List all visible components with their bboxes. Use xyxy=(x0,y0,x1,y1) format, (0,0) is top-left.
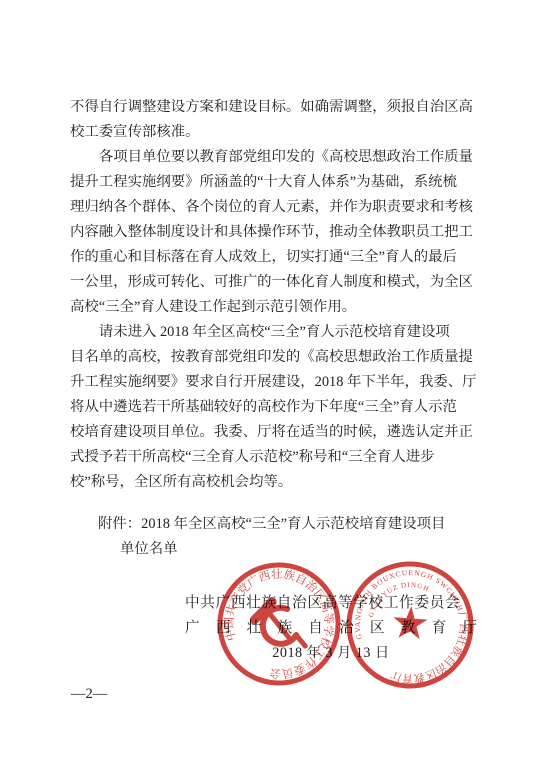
body-line: 内容融入整体制度设计和具体操作环节，推动全体教职员工把工 xyxy=(70,220,475,245)
seal-ring-text-latin2: GYAUYUZ DINGH xyxy=(360,574,435,620)
body-line: 一公里，形成可转化、可推广的一体化育人制度和模式，为全区 xyxy=(70,270,475,295)
body-line: 提升工程实施纲要》所涵盖的“十大育人体系”为基础，系统梳 xyxy=(70,170,475,195)
document-body: 不得自行调整建设方案和建设目标。如确需调整，须报自治区高校工委宣传部核准。各项目… xyxy=(70,95,475,562)
body-line: 校”称号，全区所有高校机会均等。 xyxy=(70,470,475,495)
body-paragraphs: 不得自行调整建设方案和建设目标。如确需调整，须报自治区高校工委宣传部核准。各项目… xyxy=(70,95,475,495)
education-department-seal-stamp: GVANGJSIH BOUXCUENGH SWCIGIH GYAUYUZ DIN… xyxy=(335,550,484,699)
page-number: —2— xyxy=(71,686,107,703)
body-line: 校工委宣传部核准。 xyxy=(70,120,475,145)
hammer-and-sickle-icon xyxy=(254,602,305,646)
body-line: 校培育建设项目单位。我委、厅将在适当的时候，遴选认定并正 xyxy=(70,420,475,445)
body-line: 式授予若干所高校“三全育人示范校”称号和“三全育人进步 xyxy=(70,445,475,470)
body-line: 高校“三全”育人建设工作起到示范引领作用。 xyxy=(70,295,475,320)
body-line: 目名单的高校，按教育部党组印发的《高校思想政治工作质量提 xyxy=(70,345,475,370)
document-page: 不得自行调整建设方案和建设目标。如确需调整，须报自治区高校工委宣传部核准。各项目… xyxy=(0,0,543,769)
party-committee-seal-stamp: 中国共产党广西壮族自治区高等学校工作委员会 xyxy=(202,547,356,701)
body-line: 作的重心和目标落在育人成效上，切实打通“三全”育人的最后 xyxy=(70,245,475,270)
star-icon xyxy=(392,605,428,640)
body-line: 升工程实施纲要》要求自行开展建设，2018 年下半年，我委、厅 xyxy=(70,370,475,395)
body-line: 不得自行调整建设方案和建设目标。如确需调整，须报自治区高 xyxy=(70,95,475,120)
body-line: 各项目单位要以教育部党组印发的《高校思想政治工作质量 xyxy=(70,145,475,170)
body-line: 将从中遴选若干所基础较好的高校作为下年度“三全”育人示范 xyxy=(70,395,475,420)
body-line: 理归纳各个群体、各个岗位的育人元素，并作为职责要求和考核 xyxy=(70,195,475,220)
attachment-line-1: 附件：2018 年全区高校“三全”育人示范校培育建设项目 xyxy=(70,512,475,537)
body-line: 请未进入 2018 年全区高校“三全”育人示范校培育建设项 xyxy=(70,320,475,345)
